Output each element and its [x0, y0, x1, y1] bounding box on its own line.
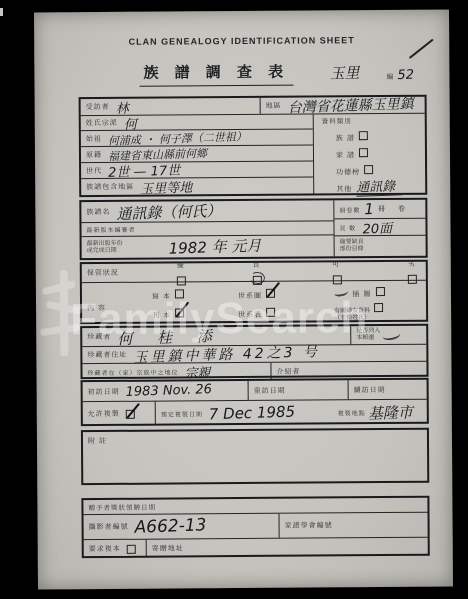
first-visit-value: 1983 Nov. 26 [125, 382, 212, 400]
checkbox-fair-icon [332, 275, 341, 284]
checkbox-pedigree-chart-icon [266, 289, 275, 298]
volumes-unit-ce: 冊 [378, 204, 386, 214]
checkbox-copy-request-icon [127, 544, 136, 553]
checkbox-illustration-icon [376, 287, 385, 296]
checkbox-excellent-icon [177, 276, 186, 285]
volumes-value: 1 [364, 200, 374, 218]
checkbox-good-icon [253, 276, 262, 285]
handwritten-squiggle-mark [333, 287, 348, 297]
society-no-label: 家譜學會編號 [285, 520, 333, 530]
copy-date-label: 預定複製日期 [161, 409, 203, 418]
photographer-no-label: 攝影者編號 [89, 522, 129, 532]
copy-date-value: 7 Dec 1985 [209, 403, 296, 424]
section-visits: 初訪日期 1983 Nov. 26 重訪日期 續訪日期 允許複製 預定複製日期 … [81, 378, 429, 426]
form-title: 族 譜 調 查 表 [139, 61, 293, 87]
pages-value: 20面 [362, 217, 392, 237]
book-title-value: 通訊錄（何氏） [116, 199, 222, 223]
area-value: 台灣省花蓮縣玉里鎮 [287, 97, 414, 114]
content-printed: 刊 本 [152, 305, 238, 325]
content-women-data: 有關婦女資料 （非僅姓氏） [334, 301, 426, 323]
checkbox-merit-board-icon [365, 165, 374, 174]
damage-label: 縮要缺頁 部份目條 [340, 239, 364, 253]
copy-permit-label: 允許複製 [88, 409, 120, 419]
ancestor-label: 始祖 [86, 133, 102, 143]
content-pedigree-table: 世系表 [238, 304, 334, 324]
category-option-genealogy: 族 譜 [336, 129, 425, 147]
category-option-merit: 功德榜 [336, 163, 425, 181]
content-label: 內 容 [87, 302, 106, 312]
pub-date-label: 最新出版年份 或完成日期 [87, 240, 123, 254]
compiler-label: 最新版本編纂者 [86, 225, 135, 234]
generations-label: 世代 [86, 165, 102, 175]
content-women-note: （非僅姓氏） [334, 315, 426, 323]
listed-label: 是否列入 本館譜 [356, 328, 380, 342]
content-illustration: 插 圖 [334, 285, 426, 302]
condition-label: 保管狀況 [87, 268, 119, 278]
follow-visit-label: 續訪日期 [354, 385, 386, 395]
checkbox-women-data-icon [374, 303, 383, 312]
interviewee-label: 受訪者 [86, 102, 110, 112]
surname-label: 姓氏宗派 [86, 118, 118, 128]
checkbox-manuscript-icon [175, 289, 184, 298]
section-identification: 受訪者 林 地區 台灣省花蓮縣玉里鎮 姓氏宗派 何 始祖 何浦成 ・ 何子澤（二… [79, 95, 428, 197]
section-owner: 珍藏者 何 桂 添 是否列入 本館譜 珍藏者住址 玉里鎮中華路 42之3 号 珍… [80, 324, 428, 379]
area-label: 地區 [266, 101, 282, 111]
volumes-label: 冊卷數 [339, 205, 360, 214]
coverage-label: 族譜包含地區 [86, 182, 134, 192]
number-value: 52 [398, 68, 415, 84]
photographer-no-value: A662-13 [134, 515, 206, 537]
copy-place-value: 基隆市 [367, 401, 413, 423]
scan-artifact [0, 8, 3, 16]
coverage-value: 玉里等地 [140, 176, 193, 197]
copy-request-label: 要求複本 [89, 544, 121, 554]
first-visit-label: 初訪日期 [88, 386, 120, 396]
number-annotation: 編 52 [386, 66, 414, 84]
award-date-label: 贈予者獎狀領贈日期 [88, 502, 156, 511]
checkbox-clan-genealogy-icon [359, 131, 368, 140]
document-title: CLAN GENEALOGY IDENTIFICATION SHEET [34, 35, 449, 48]
notes-label: 附 註 [88, 436, 107, 446]
send-address-label: 寄贈地址 [152, 543, 184, 553]
volumes-unit-juan: 卷 [398, 204, 406, 214]
surname-value: 何 [123, 113, 137, 132]
checkbox-family-genealogy-icon [359, 148, 368, 157]
checkbox-printed-icon [175, 308, 184, 317]
category-other-value: 通訊錄 [356, 180, 402, 197]
checkbox-copy-permit-icon [126, 409, 135, 418]
checkbox-poor-icon [408, 275, 417, 284]
place-annotation: 玉里 [329, 62, 360, 84]
revisit-label: 重訪日期 [254, 385, 286, 395]
section-condition-content: 保管狀況 優 良 可 劣 內 [80, 260, 428, 324]
owner-label: 珍藏者 [87, 332, 111, 342]
position-label: 珍藏者在（家）宗族中之地位 [87, 367, 178, 377]
pages-label: 頁 數 [339, 223, 356, 232]
introducer-label: 介紹者 [276, 366, 300, 376]
origin-label: 原籍 [86, 149, 102, 159]
checkbox-pedigree-table-icon [267, 308, 276, 317]
book-title-label: 族譜名 [86, 207, 110, 217]
handwritten-scribble-mark [382, 328, 402, 341]
category-other: 其他 通訊錄 [336, 180, 425, 198]
number-prefix-label: 編 [386, 74, 393, 81]
section-notes: 附 註 [81, 428, 429, 485]
category-other-label: 其他 [336, 186, 352, 193]
content-manuscript: 寫 本 [152, 286, 238, 306]
scanned-form-paper: CLAN GENEALOGY IDENTIFICATION SHEET 族 譜 … [34, 10, 453, 590]
section-admin: 贈予者獎狀領贈日期 攝影者編號 A662-13 家譜學會編號 要求複本 寄贈地址 [81, 496, 429, 558]
address-label: 珍藏者住址 [87, 350, 127, 360]
copy-place-label: 複製地點 [338, 408, 366, 417]
section-book-info: 族譜名 通訊錄（何氏） 最新版本編纂者 最新出版年份 或完成日期 1982 年 … [79, 198, 427, 260]
category-option-family: 家 譜 [336, 146, 425, 164]
condition-good: 良 [252, 254, 270, 290]
